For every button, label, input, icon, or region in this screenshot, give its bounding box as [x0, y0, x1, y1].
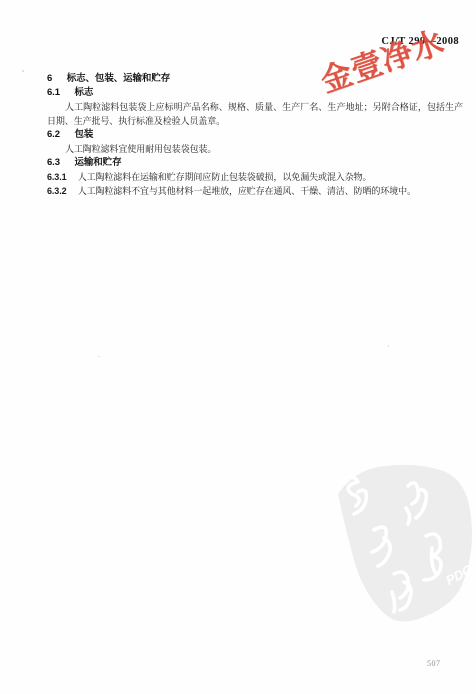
page-number: 507 [427, 659, 441, 668]
clause-6-3-2-number: 6.3.2 [47, 186, 67, 196]
scan-speck [22, 70, 24, 72]
document-page: CJ/T 299—2008 金壹净水 6 标志、包装、运输和贮存 6.1 标志 … [0, 0, 476, 694]
seal-glyphs [342, 477, 441, 612]
section-6-2-heading: 6.2 包装 [47, 128, 463, 142]
section-6-2-paragraph: 人工陶粒滤料宜使用耐用包装袋包装。 [47, 142, 463, 156]
document-content: 6 标志、包装、运输和贮存 6.1 标志 人工陶粒滤料包装袋上应标明产品名称、规… [47, 72, 463, 198]
scan-speck [98, 356, 100, 357]
section-6-1-heading: 6.1 标志 [47, 86, 463, 100]
section-6-3-heading: 6.3 运输和贮存 [47, 156, 463, 170]
section-6-1-paragraph: 人工陶粒滤料包装袋上应标明产品名称、规格、质量、生产厂名、生产地址；另附合格证，… [47, 100, 463, 128]
watermark-pdg-label: PDG [443, 561, 475, 587]
clause-6-3-2: 6.3.2 人工陶粒滤料不宜与其他材料一起堆放，应贮存在通风、干燥、清洁、防晒的… [47, 184, 463, 198]
section-6-3-number: 6.3 [47, 157, 60, 168]
scan-speck [388, 345, 389, 347]
clause-6-3-1-text: 人工陶粒滤料在运输和贮存期间应防止包装袋破损，以免漏失或混入杂物。 [78, 172, 372, 182]
section-6-3-title: 运输和贮存 [74, 157, 121, 168]
clause-6-3-1-number: 6.3.1 [47, 172, 67, 182]
clause-6-3-2-text: 人工陶粒滤料不宜与其他材料一起堆放，应贮存在通风、干燥、清洁、防晒的环境中。 [78, 186, 416, 196]
watermark-blob [338, 465, 472, 622]
section-6-1-title: 标志 [74, 87, 93, 98]
section-6-2-number: 6.2 [47, 129, 60, 140]
section-6-2-title: 包装 [74, 129, 93, 140]
scan-seal-watermark: PDG [308, 452, 476, 632]
section-6-number: 6 [47, 73, 52, 84]
section-6-heading: 6 标志、包装、运输和贮存 [47, 72, 463, 86]
section-6-1-number: 6.1 [47, 87, 60, 98]
section-6-title: 标志、包装、运输和贮存 [67, 73, 170, 84]
clause-6-3-1: 6.3.1 人工陶粒滤料在运输和贮存期间应防止包装袋破损，以免漏失或混入杂物。 [47, 170, 463, 184]
